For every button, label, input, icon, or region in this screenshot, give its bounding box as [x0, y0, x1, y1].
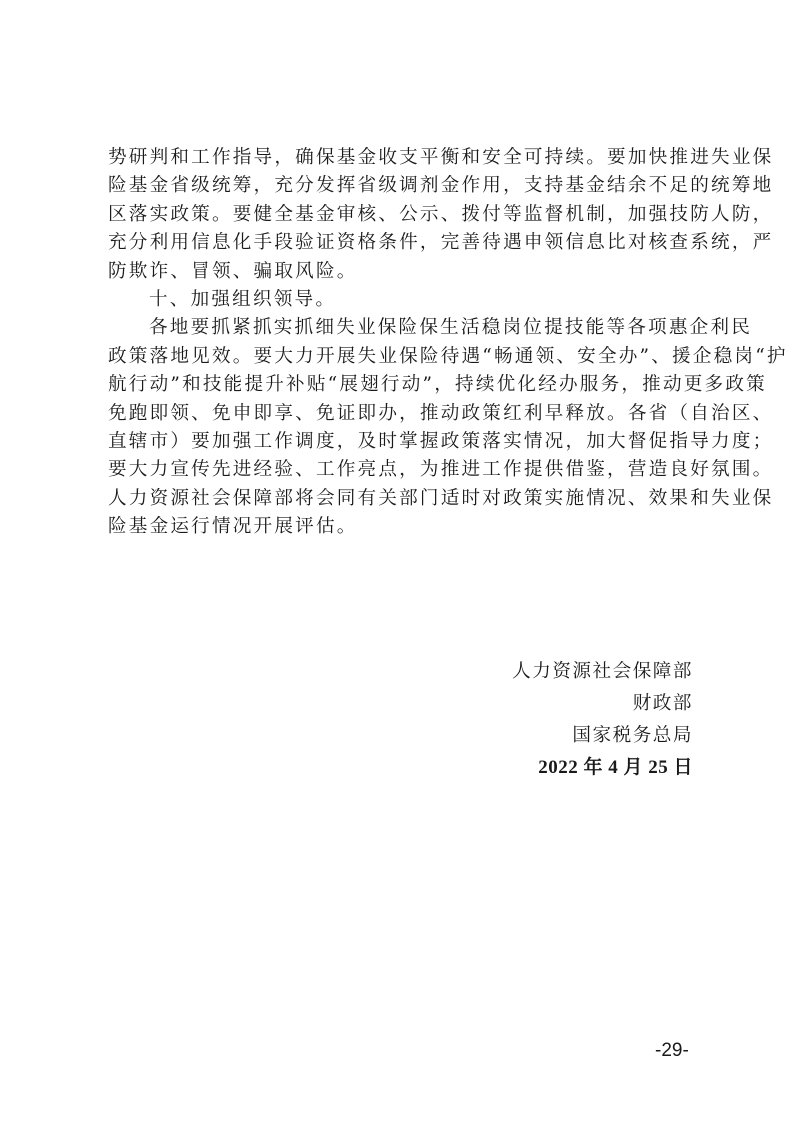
section-heading: 十、加强组织领导。	[108, 286, 696, 314]
text-line: 防欺诈、冒领、骗取风险。	[108, 258, 696, 286]
text-line: 险基金省级统筹，充分发挥省级调剂金作用，支持基金结余不足的统筹地	[108, 172, 696, 200]
text-line: 直辖市）要加强工作调度，及时掌握政策落实情况，加大督促指导力度；	[108, 428, 696, 456]
signature-block: 人力资源社会保障部 财政部 国家税务总局 2022 年 4 月 25 日	[393, 656, 693, 784]
text-line: 充分利用信息化手段验证资格条件，完善待遇申领信息比对核查系统，严	[108, 229, 696, 257]
text-line: 航行动”和技能提升补贴“展翅行动”，持续优化经办服务，推动更多政策	[108, 371, 696, 399]
document-page: 势研判和工作指导，确保基金收支平衡和安全可持续。要加快推进失业保 险基金省级统筹…	[0, 0, 793, 1122]
issuer-finance: 财政部	[393, 688, 693, 720]
issuer-tax: 国家税务总局	[393, 720, 693, 752]
document-body: 势研判和工作指导，确保基金收支平衡和安全可持续。要加快推进失业保 险基金省级统筹…	[108, 144, 696, 542]
paragraph-fund-supervision: 势研判和工作指导，确保基金收支平衡和安全可持续。要加快推进失业保 险基金省级统筹…	[108, 144, 696, 286]
text-line: 险基金运行情况开展评估。	[108, 513, 696, 541]
paragraph-organization: 各地要抓紧抓实抓细失业保险保生活稳岗位提技能等各项惠企利民 政策落地见效。要大力…	[108, 314, 696, 541]
heading-text: 十、加强组织领导。	[108, 286, 696, 314]
page-number: -29-	[655, 1040, 689, 1062]
text-line: 势研判和工作指导，确保基金收支平衡和安全可持续。要加快推进失业保	[108, 144, 696, 172]
text-line: 区落实政策。要健全基金审核、公示、拨付等监督机制，加强技防人防，	[108, 201, 696, 229]
text-line: 要大力宣传先进经验、工作亮点，为推进工作提供借鉴，营造良好氛围。	[108, 456, 696, 484]
text-line: 各地要抓紧抓实抓细失业保险保生活稳岗位提技能等各项惠企利民	[108, 314, 696, 342]
text-line: 政策落地见效。要大力开展失业保险待遇“畅通领、安全办”、援企稳岗“护	[108, 343, 696, 371]
text-line: 人力资源社会保障部将会同有关部门适时对政策实施情况、效果和失业保	[108, 485, 696, 513]
issuer-hrss: 人力资源社会保障部	[393, 656, 693, 688]
text-line: 免跑即领、免申即享、免证即办，推动政策红利早释放。各省（自治区、	[108, 400, 696, 428]
issue-date: 2022 年 4 月 25 日	[393, 752, 693, 784]
